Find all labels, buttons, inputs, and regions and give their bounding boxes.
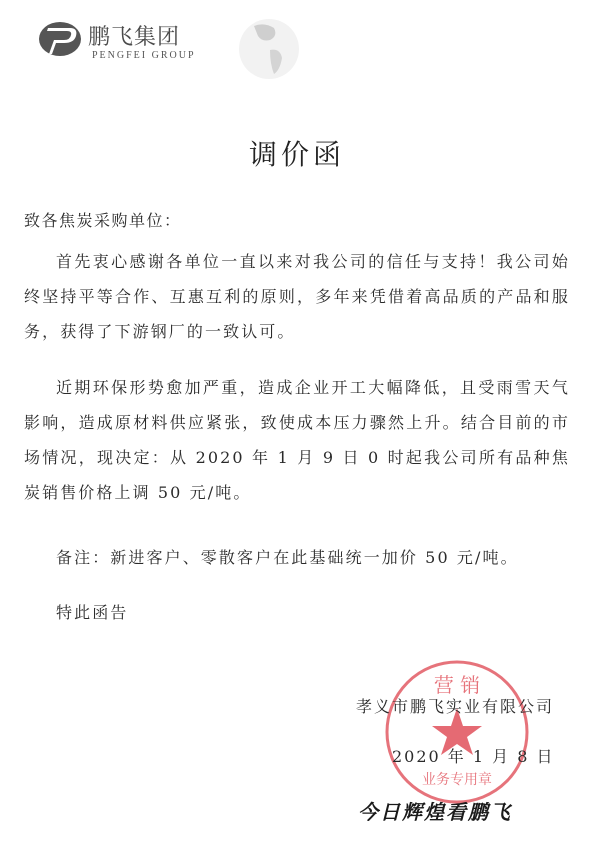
salutation: 致各焦炭采购单位： — [24, 208, 182, 231]
document-title: 调价函 — [0, 133, 594, 173]
company-slogan: 今日辉煌看鹏飞 — [358, 796, 512, 825]
signature-company: 孝义市鹏飞实业有限公司 — [356, 694, 554, 717]
official-seal-icon: 营 销 业务专用章 — [383, 658, 531, 806]
brand-name-cn: 鹏飞集团 — [88, 20, 180, 51]
paragraph-gratitude: 首先衷心感谢各单位一直以来对我公司的信任与支持！我公司始终坚持平等合作、互惠互利… — [24, 244, 570, 349]
globe-icon — [234, 16, 304, 82]
signature-date: 2020 年 1 月 8 日 — [392, 744, 555, 767]
letterhead: 鹏飞集团 PENGFEI GROUP — [38, 14, 298, 66]
paragraph-closing: 特此函告 — [24, 595, 570, 630]
paragraph-note: 备注：新进客户、零散客户在此基础统一加价 50 元/吨。 — [24, 540, 570, 575]
pengfei-logo-icon — [38, 20, 82, 58]
svg-text:业务专用章: 业务专用章 — [422, 771, 492, 788]
paragraph-price-adjustment: 近期环保形势愈加严重，造成企业开工大幅降低，且受雨雪天气影响，造成原材料供应紧张… — [24, 370, 570, 510]
brand-name-en: PENGFEI GROUP — [92, 50, 196, 61]
